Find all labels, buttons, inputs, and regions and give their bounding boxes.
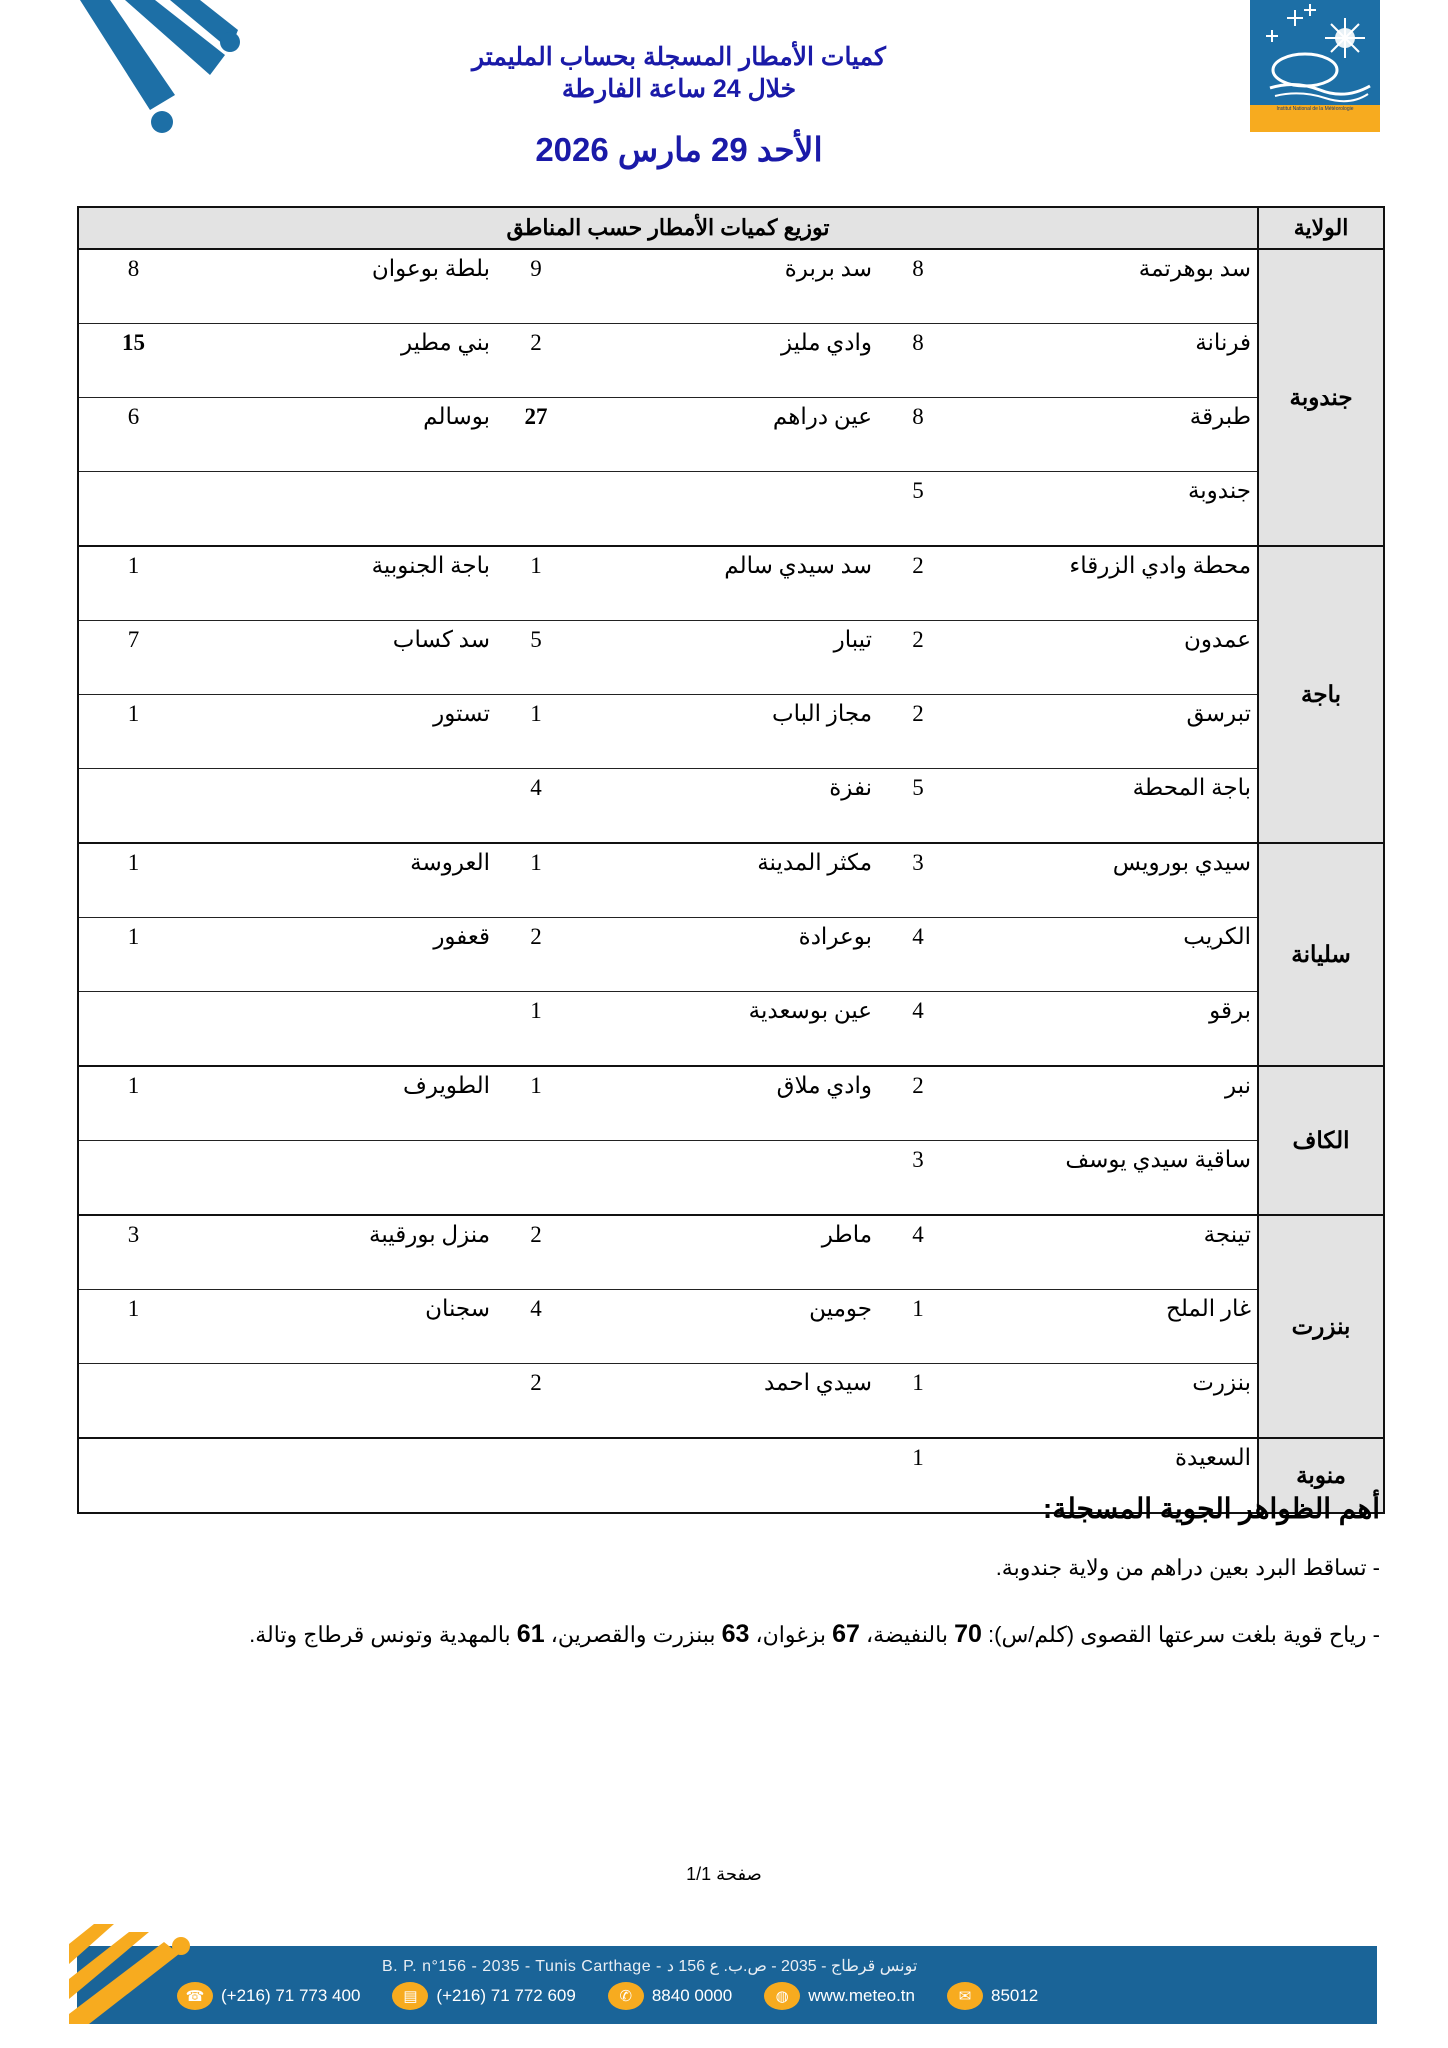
rainfall-value: 8: [878, 249, 958, 324]
station-name: [576, 1438, 878, 1513]
station-name: جومين: [576, 1290, 878, 1364]
globe-icon: ◍: [764, 1982, 800, 2010]
governorate-cell: باجة: [1258, 546, 1384, 843]
station-name: [188, 769, 496, 844]
rainfall-value: 5: [878, 769, 958, 844]
station-name: عمدون: [958, 621, 1258, 695]
rainfall-value: 6: [78, 398, 188, 472]
rainfall-value: 1: [878, 1438, 958, 1513]
rainfall-value: 4: [496, 1290, 576, 1364]
table-row: جندوبة5: [78, 472, 1384, 547]
col-header-governorate: الولاية: [1258, 207, 1384, 249]
inm-logo-caption: Institut National de la Météorologie: [1250, 105, 1380, 132]
table-row: طبرقة8عين دراهم27بوسالم6: [78, 398, 1384, 472]
table-row: باجة المحطة5نفزة4: [78, 769, 1384, 844]
station-name: سيدي احمد: [576, 1364, 878, 1439]
station-name: باجة المحطة: [958, 769, 1258, 844]
station-name: ساقية سيدي يوسف: [958, 1141, 1258, 1216]
station-name: [188, 992, 496, 1067]
station-name: تينجة: [958, 1215, 1258, 1290]
rainfall-value: [78, 769, 188, 844]
station-name: بوسالم: [188, 398, 496, 472]
rainfall-value: 8: [878, 398, 958, 472]
wind-text: بالنفيضة،: [860, 1622, 954, 1647]
station-name: نبر: [958, 1066, 1258, 1141]
station-name: سد كساب: [188, 621, 496, 695]
rainfall-table: الولاية توزيع كميات الأمطار حسب المناطق …: [77, 206, 1385, 1514]
station-name: [576, 1141, 878, 1216]
rainfall-value: 2: [496, 918, 576, 992]
rainfall-value: 1: [496, 695, 576, 769]
station-name: برقو: [958, 992, 1258, 1067]
rainfall-value: 3: [878, 843, 958, 918]
wind-value: 63: [722, 1620, 750, 1648]
rainfall-value: [78, 1364, 188, 1439]
rainfall-value: 5: [496, 621, 576, 695]
rainfall-value: 8: [878, 324, 958, 398]
sms-icon: ✉: [947, 1982, 983, 2010]
rainfall-value: 2: [878, 1066, 958, 1141]
station-name: الكريب: [958, 918, 1258, 992]
station-name: تبرسق: [958, 695, 1258, 769]
rainfall-value: 1: [496, 1066, 576, 1141]
rainfall-value: 3: [78, 1215, 188, 1290]
rainfall-value: 5: [878, 472, 958, 547]
wind-text: ببنزرت والقصرين،: [545, 1622, 722, 1647]
station-name: تستور: [188, 695, 496, 769]
rainfall-value: 2: [496, 1364, 576, 1439]
station-name: طبرقة: [958, 398, 1258, 472]
table-row: سليانةسيدي بورويس3مكثر المدينة1العروسة1: [78, 843, 1384, 918]
station-name: سد سيدي سالم: [576, 546, 878, 621]
footer-address: B. P. n°156 - 2035 - Tunis Carthage - تو…: [382, 1956, 917, 1976]
rainfall-value: 4: [878, 1215, 958, 1290]
station-name: بنزرت: [958, 1364, 1258, 1439]
station-name: الطويرف: [188, 1066, 496, 1141]
phenomena-wind: - رياح قوية بلغت سرعتها القصوى (كلم/س): …: [249, 1620, 1380, 1649]
station-name: العروسة: [188, 843, 496, 918]
station-name: عين بوسعدية: [576, 992, 878, 1067]
station-name: منزل بورقيبة: [188, 1215, 496, 1290]
table-body: جندوبةسد بوهرتمة8سد بربرة9بلطة بوعوان8فر…: [78, 249, 1384, 1513]
rainfall-value: 1: [78, 1066, 188, 1141]
station-name: قعفور: [188, 918, 496, 992]
station-name: غار الملح: [958, 1290, 1258, 1364]
station-name: محطة وادي الزرقاء: [958, 546, 1258, 621]
wind-text: بزغوان،: [749, 1622, 832, 1647]
footer-sms: 85012: [991, 1986, 1038, 2006]
fax-icon: ▤: [392, 1982, 428, 2010]
station-name: سد بوهرتمة: [958, 249, 1258, 324]
wind-value: 70: [954, 1620, 982, 1648]
rainfall-value: 2: [878, 695, 958, 769]
rainfall-value: [496, 1438, 576, 1513]
table-row: ساقية سيدي يوسف3: [78, 1141, 1384, 1216]
station-name: بني مطير: [188, 324, 496, 398]
footer-website[interactable]: www.meteo.tn: [808, 1986, 915, 2006]
phenomena-hail: - تساقط البرد بعين دراهم من ولاية جندوبة…: [996, 1555, 1380, 1581]
station-name: [576, 472, 878, 547]
footer-phone: (+216) 71 773 400: [221, 1986, 360, 2006]
governorate-cell: سليانة: [1258, 843, 1384, 1066]
rainfall-value: 8: [78, 249, 188, 324]
rainfall-value: 4: [496, 769, 576, 844]
rainfall-value: 4: [878, 918, 958, 992]
rainfall-value: 1: [878, 1290, 958, 1364]
station-name: سد بربرة: [576, 249, 878, 324]
governorate-cell: جندوبة: [1258, 249, 1384, 546]
station-name: نفزة: [576, 769, 878, 844]
table-row: جندوبةسد بوهرتمة8سد بربرة9بلطة بوعوان8: [78, 249, 1384, 324]
rainfall-value: 2: [878, 546, 958, 621]
station-name: سجنان: [188, 1290, 496, 1364]
station-name: وادي ملاق: [576, 1066, 878, 1141]
station-name: عين دراهم: [576, 398, 878, 472]
rainfall-value: 1: [78, 546, 188, 621]
rainfall-value: 1: [496, 992, 576, 1067]
rainfall-value: 4: [878, 992, 958, 1067]
wind-value: 67: [832, 1620, 860, 1648]
station-name: وادي مليز: [576, 324, 878, 398]
table-row: بنزرت1سيدي احمد2: [78, 1364, 1384, 1439]
station-name: [188, 1141, 496, 1216]
rainfall-value: [496, 1141, 576, 1216]
rainfall-value: 1: [496, 843, 576, 918]
station-name: جندوبة: [958, 472, 1258, 547]
governorate-cell: الكاف: [1258, 1066, 1384, 1215]
hotline-icon: ✆: [608, 1982, 644, 2010]
table-row: برقو4عين بوسعدية1: [78, 992, 1384, 1067]
phone-icon: ☎: [177, 1982, 213, 2010]
station-name: مجاز الباب: [576, 695, 878, 769]
wind-value: 61: [517, 1620, 545, 1648]
rainfall-value: 7: [78, 621, 188, 695]
table-row: الكافنبر2وادي ملاق1الطويرف1: [78, 1066, 1384, 1141]
rainfall-value: [78, 1438, 188, 1513]
station-name: [188, 1364, 496, 1439]
rainfall-value: 1: [78, 1290, 188, 1364]
table-row: الكريب4بوعرادة2قعفور1: [78, 918, 1384, 992]
rainfall-value: 1: [878, 1364, 958, 1439]
table-row: باجةمحطة وادي الزرقاء2سد سيدي سالم1باجة …: [78, 546, 1384, 621]
rainfall-value: 2: [496, 324, 576, 398]
rainfall-value: 1: [78, 918, 188, 992]
phenomena-title: أهم الظواهر الجوية المسجلة:: [1043, 1492, 1380, 1525]
station-name: فرنانة: [958, 324, 1258, 398]
title-line1: كميات الأمطار المسجلة بحساب المليمتر: [0, 42, 1403, 72]
title-line2: خلال 24 ساعة الفارطة: [0, 74, 1403, 104]
table-row: فرنانة8وادي مليز2بني مطير15: [78, 324, 1384, 398]
rainfall-value: [78, 1141, 188, 1216]
table-row: بنزرتتينجة4ماطر2منزل بورقيبة3: [78, 1215, 1384, 1290]
governorate-cell: بنزرت: [1258, 1215, 1384, 1438]
footer-banner: B. P. n°156 - 2035 - Tunis Carthage - تو…: [77, 1946, 1377, 2024]
table-row: غار الملح1جومين4سجنان1: [78, 1290, 1384, 1364]
footer-fax: (+216) 71 772 609: [436, 1986, 575, 2006]
rainfall-value: 2: [496, 1215, 576, 1290]
footer-hotline: 8840 0000: [652, 1986, 732, 2006]
station-name: مكثر المدينة: [576, 843, 878, 918]
rainfall-value: 15: [78, 324, 188, 398]
rainfall-value: 2: [878, 621, 958, 695]
station-name: ماطر: [576, 1215, 878, 1290]
rainfall-value: [78, 992, 188, 1067]
station-name: [188, 472, 496, 547]
page-number: صفحة 1/1: [0, 1864, 1448, 1885]
station-name: [188, 1438, 496, 1513]
wind-text: - رياح قوية بلغت سرعتها القصوى (كلم/س):: [982, 1622, 1380, 1647]
rainfall-value: [496, 472, 576, 547]
col-header-distribution: توزيع كميات الأمطار حسب المناطق: [78, 207, 1258, 249]
station-name: باجة الجنوبية: [188, 546, 496, 621]
rainfall-value: 3: [878, 1141, 958, 1216]
rainfall-value: 27: [496, 398, 576, 472]
rainfall-value: 1: [496, 546, 576, 621]
rainfall-value: 1: [78, 695, 188, 769]
station-name: تيبار: [576, 621, 878, 695]
station-name: بلطة بوعوان: [188, 249, 496, 324]
station-name: بوعرادة: [576, 918, 878, 992]
rainfall-value: 1: [78, 843, 188, 918]
report-date: الأحد 29 مارس 2026: [0, 130, 1403, 169]
station-name: سيدي بورويس: [958, 843, 1258, 918]
rainfall-value: 9: [496, 249, 576, 324]
table-row: عمدون2تيبار5سد كساب7: [78, 621, 1384, 695]
wind-text: بالمهدية وتونس قرطاج وتالة.: [249, 1622, 517, 1647]
rainfall-value: [78, 472, 188, 547]
table-row: تبرسق2مجاز الباب1تستور1: [78, 695, 1384, 769]
